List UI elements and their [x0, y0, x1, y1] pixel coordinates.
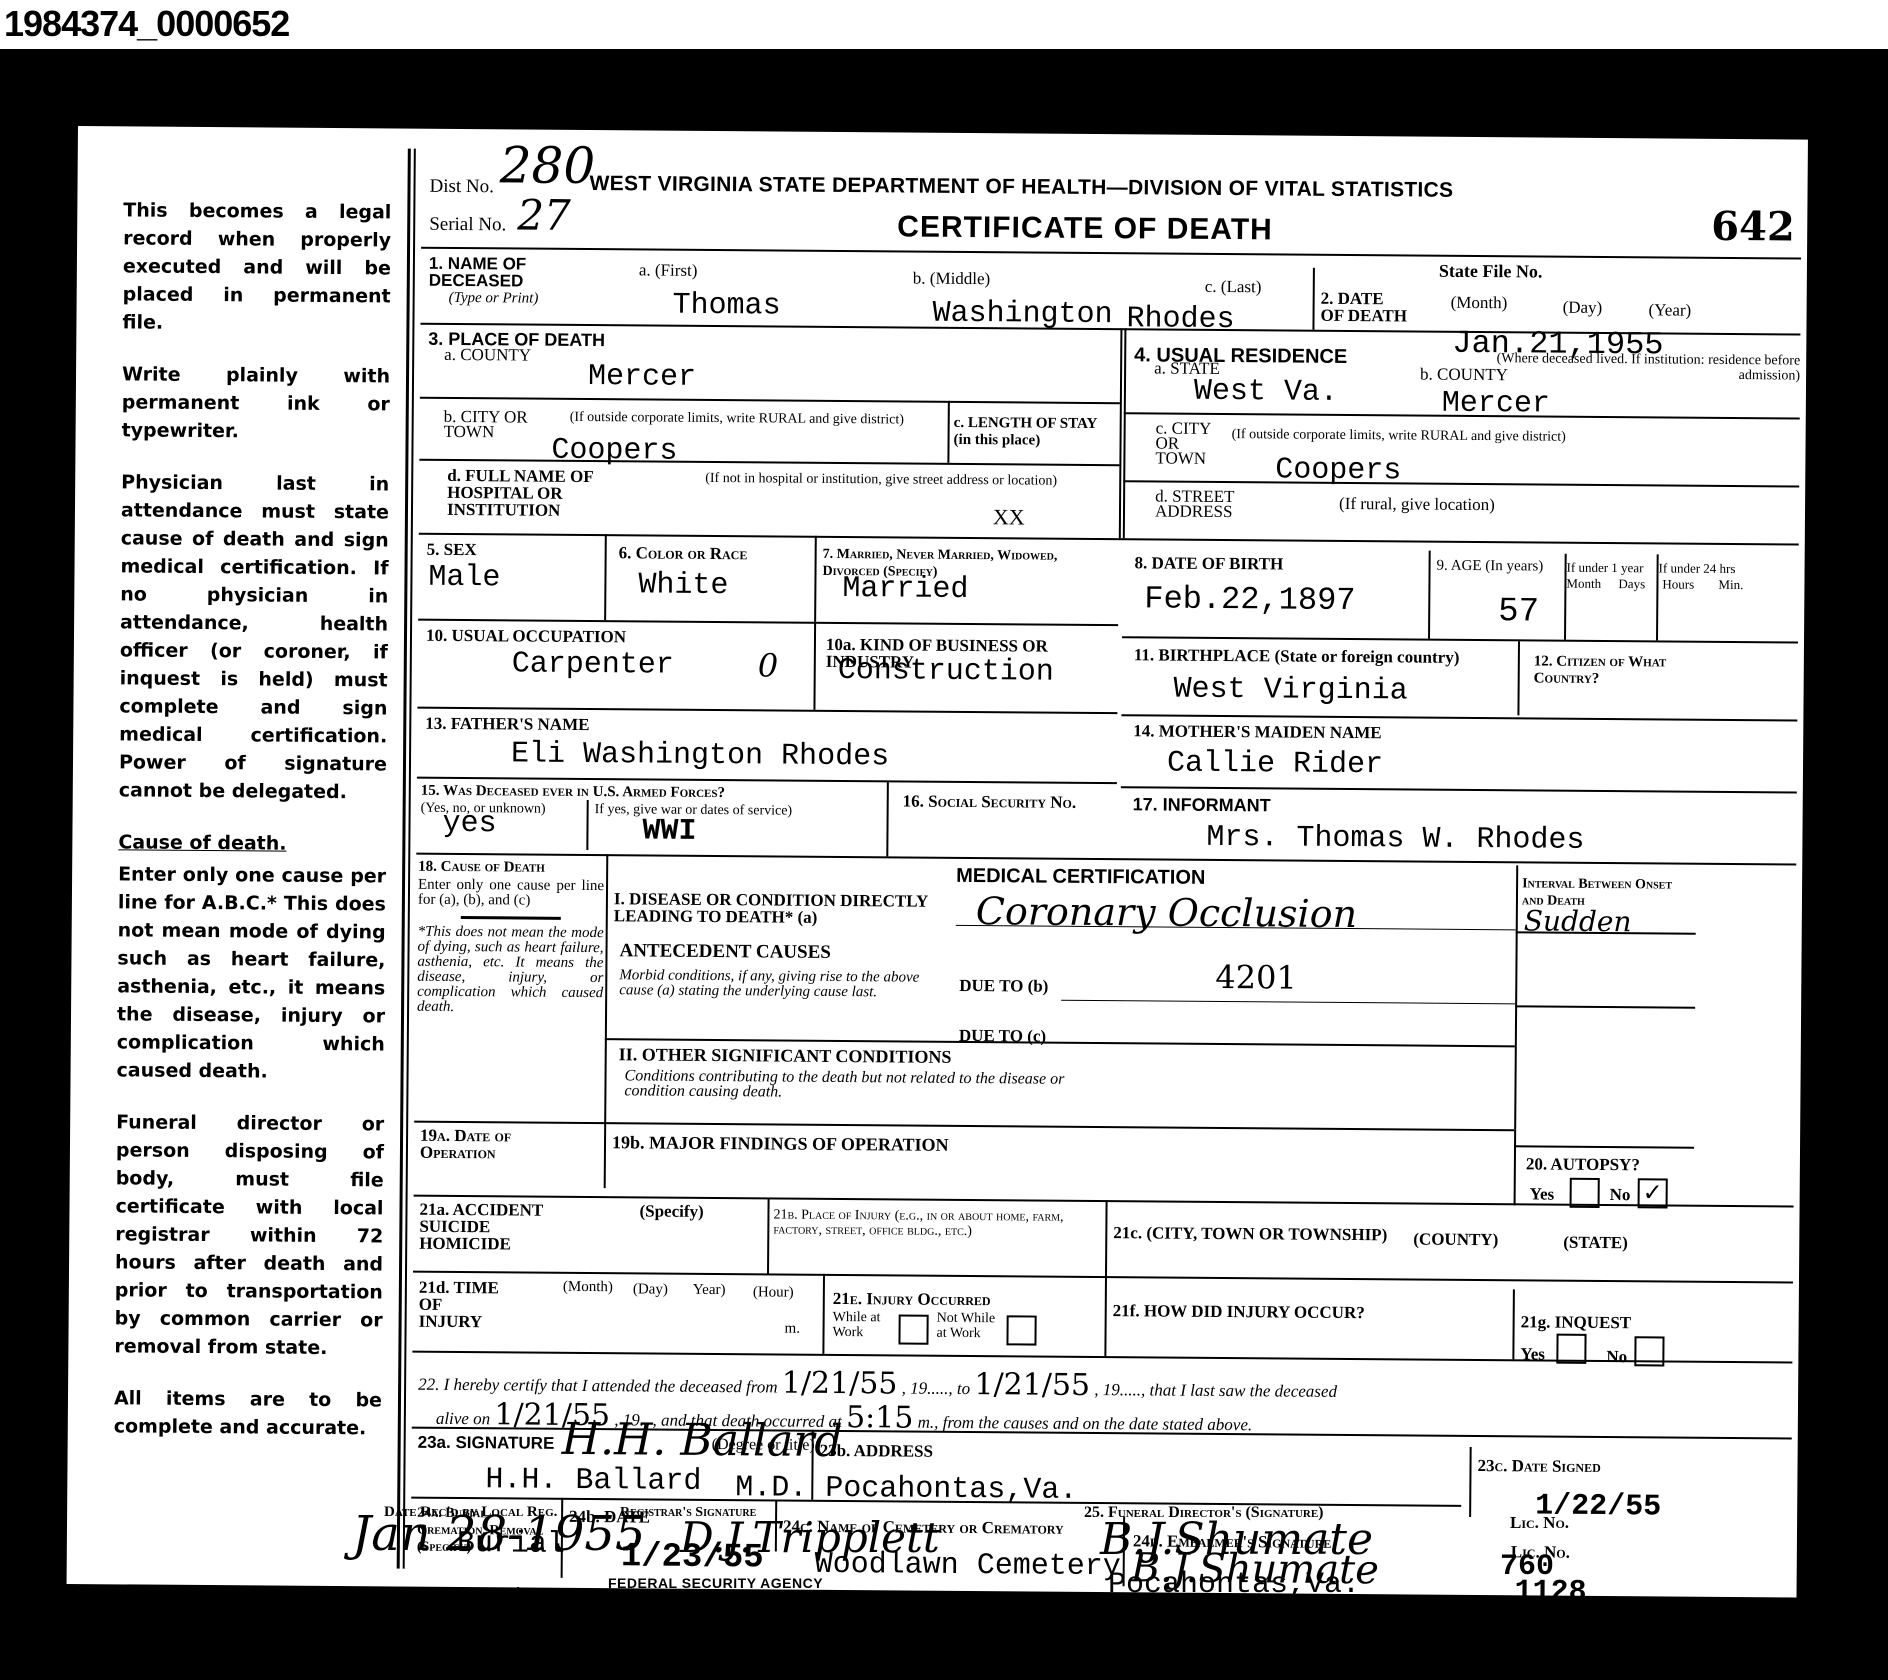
footer-section: Date Rec'd by Local Reg. Jan 28-1955 Reg…	[380, 1504, 1830, 1594]
months-label: Month	[1566, 576, 1601, 591]
injury-how-label: 21f. HOW DID INJURY OCCUR?	[1113, 1302, 1365, 1321]
date-of-birth[interactable]: Feb.22,1897	[1144, 584, 1355, 616]
injury-specify: (Specify)	[639, 1202, 703, 1220]
attended-to[interactable]: 1/21/55	[974, 1367, 1090, 1403]
funeral-director-signature[interactable]: B.J.Shumate	[1100, 1520, 1373, 1560]
injury-year-label: Year)	[693, 1283, 726, 1298]
name-label: 1. NAME OF DECEASED	[429, 255, 569, 290]
funeral-director-address[interactable]: Pocahontas,Va.	[1108, 1570, 1360, 1600]
while-at-work-label: While at Work	[832, 1310, 892, 1340]
image-id-bar: 1984374_0000652	[0, 0, 1888, 49]
signature-label: 23a. SIGNATURE	[418, 1433, 555, 1454]
interval-value[interactable]: Sudden	[1524, 901, 1632, 942]
occupation[interactable]: Carpenter	[512, 649, 674, 680]
res-city-note: (If outside corporate limits, write RURA…	[1232, 427, 1566, 445]
certificate-form: Dist No. 280 Serial No. 27 WEST VIRGINIA…	[411, 149, 1802, 1580]
res-street-note: (If rural, give location)	[1339, 496, 1495, 512]
injury-time-label: 21d. TIME OF INJURY	[419, 1279, 499, 1331]
injury-hour-label: (Hour)	[753, 1285, 794, 1300]
part2-note: Conditions contributing to the death but…	[624, 1068, 1124, 1102]
age-label: 9. AGE (In years)	[1437, 559, 1544, 575]
death-certificate: This becomes a legal record when properl…	[67, 126, 1808, 1598]
res-street-label: d. STREET ADDRESS	[1155, 488, 1235, 519]
serial-label: Serial No.	[429, 217, 506, 233]
alive-on-label: alive on	[436, 1409, 490, 1428]
hospital-value[interactable]: XX	[993, 509, 1025, 524]
director-lic-label: Lic. No.	[1510, 1514, 1569, 1531]
hospital-note: (If not in hospital or institution, give…	[705, 471, 1115, 489]
instruction-complete: All items are to be complete and accurat…	[114, 1384, 382, 1442]
autopsy-yes-label: Yes	[1530, 1185, 1555, 1202]
certify-text-a: 22. I hereby certify that I attended the…	[418, 1375, 778, 1397]
not-while-at-work-checkbox[interactable]	[1006, 1315, 1036, 1345]
sex-label: 5. SEX	[427, 541, 477, 558]
war-service[interactable]: WWI	[642, 816, 696, 846]
due-to-b[interactable]: 4201	[1215, 957, 1297, 998]
date-signed-label: 23c. Date Signed	[1477, 1457, 1600, 1475]
armed-forces-label: 15. Was Deceased ever in U.S. Armed Forc…	[421, 783, 725, 802]
middle-name-label: b. (Middle)	[913, 271, 991, 287]
hospital-label: d. FULL NAME OF HOSPITAL OR INSTITUTION	[447, 467, 647, 520]
op-date-label: 19a. Date of Operation	[420, 1127, 550, 1162]
mother-label: 14. MOTHER'S MAIDEN NAME	[1133, 722, 1382, 741]
not-while-at-work-label: Not While at Work	[936, 1311, 1000, 1342]
cause-instr: Enter only one cause per line for (a), (…	[418, 878, 604, 909]
address-label: 23b. ADDRESS	[820, 1442, 934, 1460]
op-findings-label: 19b. MAJOR FINDINGS OF OPERATION	[612, 1134, 949, 1154]
injury-place-label: 21b. Place of Injury (e.g., in or about …	[773, 1207, 1103, 1240]
min-label: Min.	[1718, 577, 1743, 592]
inquest-label: 21g. INQUEST	[1521, 1313, 1632, 1331]
instruction-cause: Enter only one cause per line for A.B.C.…	[116, 860, 386, 1086]
date-received[interactable]: Jan 28-1955	[352, 1514, 645, 1554]
date-of-death-label: 2. DATE OF DEATH	[1320, 290, 1410, 325]
dob-label: 8. DATE OF BIRTH	[1135, 554, 1284, 572]
injury-month-label: (Month)	[563, 1280, 613, 1295]
hours-label: Hours	[1662, 576, 1694, 591]
dod-month-label: (Month)	[1451, 295, 1508, 310]
days-label: Days	[1618, 576, 1645, 591]
age[interactable]: 57	[1498, 597, 1539, 627]
occupation-mark: 0	[758, 645, 779, 685]
under1-label: If under 1 year	[1567, 560, 1644, 576]
race-label: 6. Color or Race	[619, 544, 748, 562]
dod-day-label: (Day)	[1563, 300, 1603, 315]
armed-forces[interactable]: yes	[442, 809, 496, 839]
image-id: 1984374_0000652	[4, 0, 289, 48]
injury-m-label: m.	[785, 1322, 801, 1337]
pod-city-note: (If outside corporate limits, write RURA…	[570, 410, 910, 428]
dod-year-label: (Year)	[1649, 302, 1692, 317]
pod-county[interactable]: Mercer	[588, 362, 696, 393]
part2-label: II. OTHER SIGNIFICANT CONDITIONS	[619, 1046, 952, 1066]
while-at-work-checkbox[interactable]	[898, 1314, 928, 1344]
inquest-no-label: No	[1606, 1348, 1627, 1365]
occupation-label: 10. USUAL OCCUPATION	[426, 627, 626, 646]
middle-name[interactable]: Washington	[932, 299, 1112, 330]
antecedent-label: ANTECEDENT CAUSES	[619, 942, 830, 961]
cause-label: 18. Cause of Death	[418, 859, 604, 877]
certify-text-c: , 19....., that I last saw the deceased	[1094, 1380, 1337, 1401]
agency-header: WEST VIRGINIA STATE DEPARTMENT OF HEALTH…	[589, 172, 1453, 203]
instruction-funeral: Funeral director or person disposing of …	[114, 1108, 384, 1362]
injury-city-label: 21c. (CITY, TOWN OR TOWNSHIP)	[1113, 1224, 1387, 1243]
federal-agency-line2: PUBLIC HEALTH SERVICE	[608, 1592, 823, 1610]
mother-maiden-name[interactable]: Callie Rider	[1167, 749, 1383, 781]
federal-agency: FEDERAL SECURITY AGENCY PUBLIC HEALTH SE…	[608, 1574, 823, 1610]
part1-label: I. DISEASE OR CONDITION DIRECTLY LEADING…	[614, 890, 934, 927]
race[interactable]: White	[638, 570, 728, 601]
instructions-sidebar: This becomes a legal record when properl…	[113, 196, 391, 1466]
pod-county-label: a. COUNTY	[444, 347, 531, 363]
antecedent-note: Morbid conditions, if any, giving rise t…	[619, 968, 919, 1000]
due-to-b-label: DUE TO (b)	[959, 977, 1048, 995]
res-state[interactable]: West Va.	[1194, 377, 1338, 408]
last-name-label: c. (Last)	[1205, 279, 1262, 294]
informant-label: 17. INFORMANT	[1133, 794, 1271, 816]
registrar-signature[interactable]: D.J.Tripplett	[680, 1518, 940, 1558]
dist-label: Dist No.	[429, 179, 494, 195]
birthplace[interactable]: West Virginia	[1173, 675, 1407, 707]
autopsy-label: 20. AUTOPSY?	[1526, 1155, 1640, 1173]
res-county-label: b. COUNTY	[1420, 367, 1508, 383]
attended-from[interactable]: 1/21/55	[782, 1366, 898, 1402]
instruction-write: Write plainly with permanent ink or type…	[122, 360, 391, 446]
injury-day-label: (Day)	[633, 1282, 668, 1297]
marital-status[interactable]: Married	[842, 574, 968, 605]
instruction-cause-heading: Cause of death.	[118, 828, 386, 858]
citizen-label: 12. Citizen of What Country?	[1534, 653, 1704, 688]
state-file-label: State File No.	[1439, 263, 1543, 281]
physician-name[interactable]: H.H. Ballard	[485, 1465, 701, 1497]
res-city-label: c. CITY OR TOWN	[1155, 420, 1225, 466]
first-name-label: a. (First)	[639, 262, 698, 277]
res-state-label: a. STATE	[1154, 360, 1220, 376]
pod-city-label: b. CITY OR TOWN	[444, 409, 534, 440]
autopsy-no-label: No	[1610, 1186, 1631, 1203]
name-sub: (Type or Print)	[449, 291, 539, 307]
cause-note: *This does not mean the mode of dying, s…	[417, 925, 604, 1016]
form-number: VS-002 (3-31-49)	[406, 1584, 522, 1600]
dist-value[interactable]: 280	[500, 145, 596, 186]
certificate-title: CERTIFICATE OF DEATH	[897, 210, 1273, 247]
birthplace-label: 11. BIRTHPLACE (State or foreign country…	[1134, 646, 1460, 666]
ssn-label: 16. Social Security No.	[903, 792, 1103, 811]
injury-state-label: (STATE)	[1563, 1234, 1628, 1252]
length-of-stay-label: c. LENGTH OF STAY (in this place)	[953, 415, 1117, 450]
serial-value[interactable]: 27	[517, 195, 571, 235]
instruction-physician: Physician last in attendance must state …	[119, 468, 390, 806]
under24-label: If under 24 hrs	[1659, 560, 1736, 576]
degree-label: (Degree or title)	[712, 1437, 815, 1453]
federal-agency-line1: FEDERAL SECURITY AGENCY	[608, 1574, 823, 1592]
informant[interactable]: Mrs. Thomas W. Rhodes	[1206, 823, 1584, 856]
father-label: 13. FATHER'S NAME	[425, 715, 589, 733]
cause-instructions: 18. Cause of Death Enter only one cause …	[417, 859, 604, 1016]
certify-text-b: , 19....., to	[902, 1379, 971, 1399]
injury-type-label: 21a. ACCIDENT SUICIDE HOMICIDE	[419, 1201, 569, 1253]
business[interactable]: Construction	[838, 656, 1054, 688]
stamp-number: 642	[1711, 203, 1795, 251]
sex[interactable]: Male	[428, 563, 500, 594]
director-license[interactable]: 760	[1500, 1552, 1554, 1582]
medical-cert-title: MEDICAL CERTIFICATION	[956, 865, 1205, 890]
instruction-legal: This becomes a legal record when properl…	[122, 196, 391, 338]
father-name[interactable]: Eli Washington Rhodes	[511, 739, 889, 772]
first-name[interactable]: Thomas	[672, 291, 780, 322]
injury-county-label: (COUNTY)	[1413, 1231, 1498, 1249]
injury-occurred-label: 21e. Injury Occurred	[833, 1290, 991, 1308]
